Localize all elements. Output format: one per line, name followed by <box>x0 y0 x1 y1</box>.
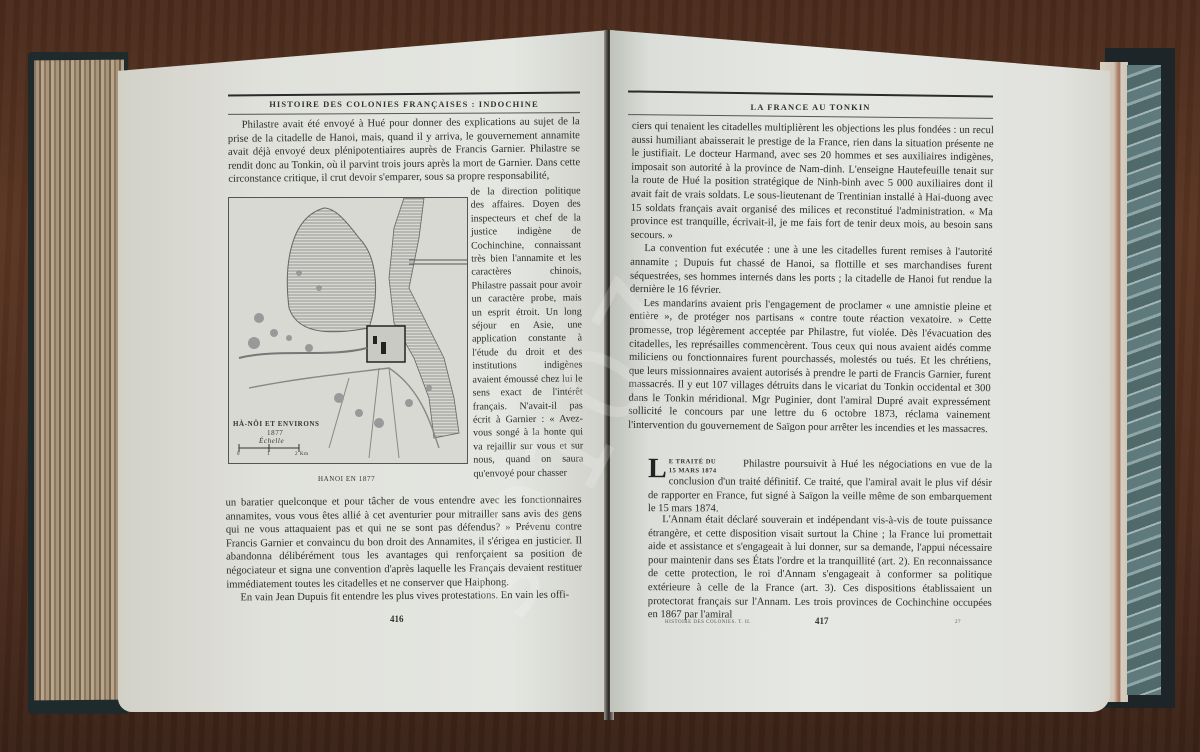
right-running-head: La France au Tonkin <box>628 102 993 112</box>
paragraph: L'Annam était déclaré souverain et indép… <box>648 513 993 624</box>
left-running-head: Histoire des colonies françaises : Indoc… <box>228 99 580 109</box>
paragraph: La convention fut exécutée : une à une l… <box>630 242 993 301</box>
page-number-right: 417 <box>815 616 829 626</box>
signature-number: 27 <box>955 620 961 625</box>
map-caption: Hanoi en 1877 <box>318 475 375 483</box>
map-scale-label: Échelle <box>259 437 284 445</box>
section-sidehead: e traité du 15 mars 1874 <box>669 457 739 475</box>
marbled-endpaper <box>1127 65 1161 695</box>
sidehead-line: 15 mars 1874 <box>669 467 717 474</box>
map-scale-mark: 2 Km <box>295 452 309 457</box>
drop-cap: L <box>648 457 667 481</box>
signature-mark: Histoire des colonies. T. II. <box>665 620 751 625</box>
right-text-top: ciers qui tenaient les citadelles multip… <box>628 120 994 437</box>
left-text-top: Philastre avait été envoyé à Hué pour do… <box>228 115 581 187</box>
map-title: Hà-Nôi et environs <box>233 420 320 428</box>
page-number-left: 416 <box>390 614 404 624</box>
map-scale-mark: 1 <box>267 452 270 457</box>
sidehead-line: e traité du <box>669 458 716 465</box>
page-edges-left <box>34 60 124 701</box>
map-year: 1877 <box>267 429 283 437</box>
section-treaty: L e traité du 15 mars 1874 Philastre pou… <box>648 457 992 518</box>
map-scale-mark: 0 <box>237 452 240 457</box>
paragraph: Philastre avait été envoyé à Hué pour do… <box>228 115 581 187</box>
map-hanoi-1877: Hà-Nôi et environs 1877 Échelle 0 1 2 Km <box>228 197 468 464</box>
right-text-bottom: L'Annam était déclaré souverain et indép… <box>648 513 993 624</box>
paragraph: ciers qui tenaient les citadelles multip… <box>630 120 993 247</box>
